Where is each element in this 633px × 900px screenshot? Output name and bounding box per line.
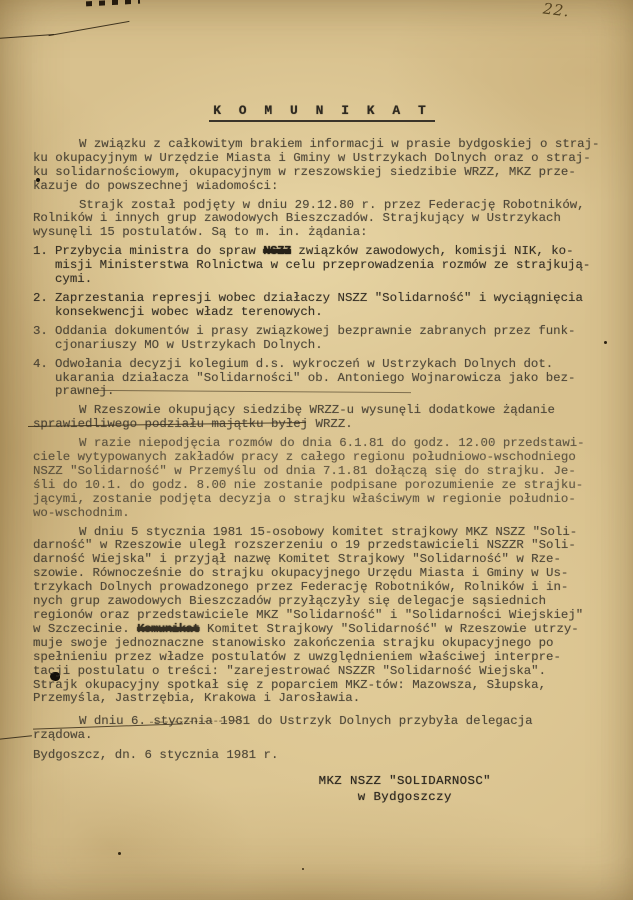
doc-title: K O M U N I K A T (209, 104, 435, 122)
pen-stroke-topleft-a (0, 34, 54, 39)
signature-org: MKZ NSZZ "SOLIDARNOSC" (319, 774, 491, 790)
item-number: 3. (33, 325, 55, 353)
item-text: Oddania dokumentów i prasy związkowej be… (55, 325, 576, 353)
item-text-pre: Przybycia ministra do spraw (55, 244, 263, 258)
paragraph-rzeszow: W Rzeszowie okupujący siedzibę WRZZ-u wy… (33, 404, 611, 432)
overstruck-word: Komunikat (137, 622, 199, 636)
item-text: Przybycia ministra do spraw NSZZ związkó… (55, 245, 590, 287)
item-number: 1. (33, 245, 55, 287)
demand-item-4: 4.Odwołania decyzji kolegium d.s. wykroc… (33, 358, 611, 400)
pen-dash-left-margin (0, 735, 32, 740)
item-text: Zaprzestania represji wobec działaczy NS… (55, 292, 583, 320)
scanned-typewritten-page: 22. K O M U N I K A T W związku z całkow… (0, 0, 633, 900)
demand-item-2: 2.Zaprzestania represji wobec działaczy … (33, 292, 611, 320)
demand-item-1: 1.Przybycia ministra do spraw NSZZ związ… (33, 245, 611, 287)
handwritten-page-number: 22. (542, 0, 571, 21)
paragraph-komitet: W dniu 5 stycznia 1981 15-osobowy komite… (33, 526, 611, 707)
demand-item-3: 3.Oddania dokumentów i prasy związkowej … (33, 325, 611, 353)
pen-scribble-top-edge (86, 0, 140, 6)
paragraph-ultimatum: W razie niepodjęcia rozmów do dnia 6.1.8… (33, 437, 611, 520)
dateline: Bydgoszcz, dn. 6 stycznia 1981 r. (33, 749, 611, 763)
paragraph-intro: W związku z całkowitym brakiem informacj… (33, 138, 611, 194)
paragraph-strike-start: Strajk został podjęty w dniu 29.12.80 r.… (33, 199, 611, 241)
item-number: 2. (33, 292, 55, 320)
item-number: 4. (33, 358, 55, 400)
signature-city: w Bydgoszczy (319, 790, 491, 806)
overstruck-word: NSZZ (263, 244, 291, 258)
paragraph-delegacja: W dniu 6. stycznia 1981 do Ustrzyk Dolny… (33, 715, 611, 743)
title-row: K O M U N I K A T (33, 104, 611, 122)
signature-block: MKZ NSZZ "SOLIDARNOSC" w Bydgoszczy (319, 774, 491, 805)
komitet-text-pre: W dniu 5 stycznia 1981 15-osobowy komite… (33, 525, 583, 636)
item-text: Odwołania decyzji kolegium d.s. wykrocze… (55, 358, 576, 400)
ink-speck (302, 868, 304, 870)
pen-stroke-topleft-b (49, 21, 130, 36)
ink-speck (118, 852, 121, 855)
